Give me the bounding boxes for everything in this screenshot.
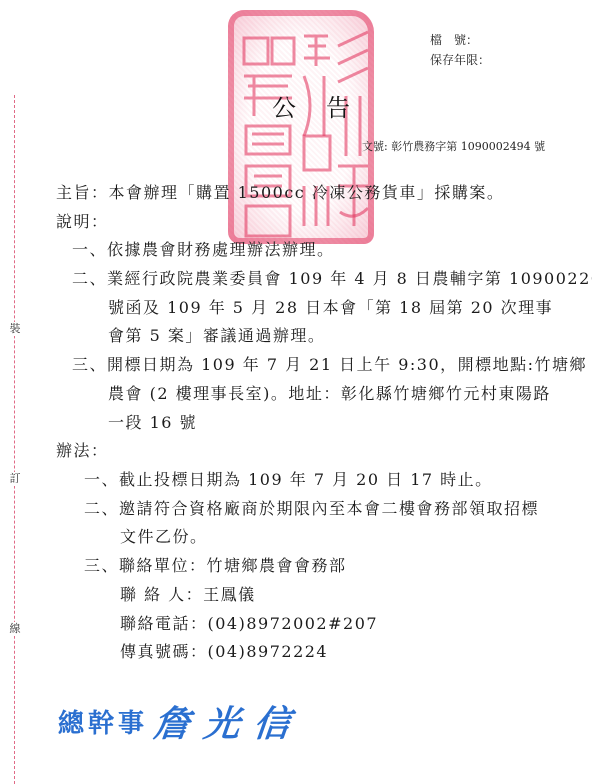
binding-mark-zhuang: 裝 bbox=[8, 322, 22, 336]
explanation-item-2-cont-1: 號函及 109 年 5 月 28 日本會「第 18 屆第 20 次理事 bbox=[108, 298, 553, 318]
seal-glyphs-icon bbox=[234, 16, 374, 244]
method-item-2: 二、邀請符合資格廠商於期限內至本會二樓會務部領取招標 bbox=[84, 499, 539, 519]
method-item-2-cont-1: 文件乙份。 bbox=[120, 527, 208, 547]
file-number-row: 檔 號： bbox=[430, 30, 490, 50]
explanation-item-3-cont-2: 一段 16 號 bbox=[108, 413, 197, 433]
retention-row: 保存年限： bbox=[430, 50, 490, 70]
method-label: 辦法： bbox=[56, 441, 109, 461]
file-number-label: 檔 號： bbox=[430, 30, 478, 50]
item-number: 二、 bbox=[72, 269, 107, 288]
item-text: 邀請符合資格廠商於期限內至本會二樓會務部領取招標 bbox=[119, 499, 539, 518]
item-number: 一、 bbox=[72, 240, 107, 259]
binding-dashed-line bbox=[14, 95, 15, 784]
method-item-1: 一、截止投標日期為 109 年 7 月 20 日 17 時止。 bbox=[84, 470, 493, 490]
contact-person: 聯 絡 人：王鳳儀 bbox=[120, 585, 256, 605]
item-number: 一、 bbox=[84, 470, 119, 489]
signature-name: 詹光信 bbox=[151, 696, 306, 747]
document-number: 文號: 彰竹農務字第 1090002494 號 bbox=[362, 138, 545, 154]
explanation-item-3: 三、開標日期為 109 年 7 月 21 日上午 9:30，開標地點:竹塘鄉 bbox=[72, 355, 587, 375]
item-text: 開標日期為 109 年 7 月 21 日上午 9:30，開標地點:竹塘鄉 bbox=[107, 355, 587, 374]
item-number: 三、 bbox=[84, 556, 119, 575]
item-number: 二、 bbox=[84, 499, 119, 518]
subject-line: 主旨：本會辦理「購置 1500cc 冷凍公務貨車」採購案。 bbox=[56, 183, 504, 203]
subject-label: 主旨： bbox=[56, 183, 109, 202]
explanation-item-2-cont-2: 會第 5 案」審議通過辦理。 bbox=[108, 326, 325, 346]
announcement-page: 裝 訂 線 bbox=[0, 0, 592, 784]
official-seal-stamp bbox=[228, 10, 374, 244]
retention-label: 保存年限： bbox=[430, 50, 490, 70]
binding-mark-ding: 訂 bbox=[8, 472, 22, 486]
signature-stamp: 總幹事 詹光信 bbox=[58, 696, 304, 747]
item-number: 三、 bbox=[72, 355, 107, 374]
document-title: 公告 bbox=[272, 88, 380, 123]
contact-phone: 聯絡電話：(04)8972002#207 bbox=[120, 614, 378, 634]
signature-title: 總幹事 bbox=[58, 703, 148, 740]
item-text: 業經行政院農業委員會 109 年 4 月 8 日農輔字第 1090022618 bbox=[107, 269, 592, 288]
contact-fax: 傳真號碼：(04)8972224 bbox=[120, 642, 328, 662]
explanation-label: 說明： bbox=[56, 212, 109, 232]
contact-unit: 聯絡單位：竹塘鄉農會會務部 bbox=[119, 556, 347, 575]
item-text: 依據農會財務處理辦法辦理。 bbox=[107, 240, 335, 259]
file-meta-block: 檔 號： 保存年限： bbox=[430, 30, 490, 70]
explanation-item-1: 一、依據農會財務處理辦法辦理。 bbox=[72, 240, 335, 260]
item-text: 截止投標日期為 109 年 7 月 20 日 17 時止。 bbox=[119, 470, 493, 489]
binding-mark-xian: 線 bbox=[8, 622, 22, 636]
explanation-item-3-cont-1: 農會 (2 樓理事長室)。地址：彰化縣竹塘鄉竹元村東陽路 bbox=[108, 384, 551, 404]
method-item-3: 三、聯絡單位：竹塘鄉農會會務部 bbox=[84, 556, 347, 576]
explanation-item-2: 二、業經行政院農業委員會 109 年 4 月 8 日農輔字第 109002261… bbox=[72, 269, 592, 289]
subject-text: 本會辦理「購置 1500cc 冷凍公務貨車」採購案。 bbox=[109, 183, 505, 202]
